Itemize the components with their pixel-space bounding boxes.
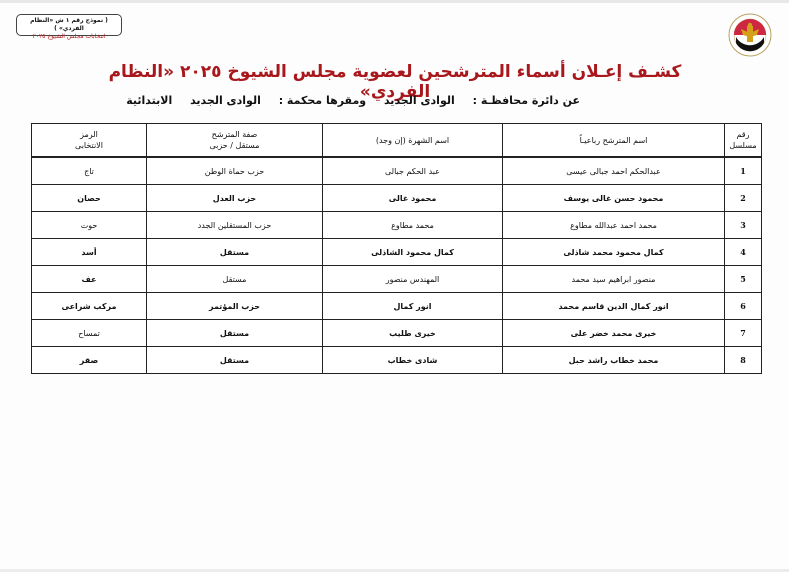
header-symbol: الرمز الانتخابى — [32, 124, 147, 158]
table-row: 4 كمال محمود محمد شاذلى كمال محمود الشاذ… — [32, 239, 762, 266]
cell-serial: 7 — [725, 320, 762, 347]
district-label: عن دائرة محافظـة : — [473, 94, 580, 107]
cell-symbol: حوت — [32, 212, 147, 239]
cell-symbol: تمساح — [32, 320, 147, 347]
cell-fame-name: محمود غالى — [323, 185, 503, 212]
cell-fame-name: كمال محمود الشاذلى — [323, 239, 503, 266]
cell-fame-name: خيرى طليب — [323, 320, 503, 347]
form-number-badge: ( نموذج رقم ١ ش «النظام الفردي» ) انتخاب… — [16, 14, 122, 36]
cell-serial: 6 — [725, 293, 762, 320]
form-badge-line2: انتخابات مجلس الشيوخ ٢٠٢٥ — [17, 33, 121, 41]
candidates-table: رقم مسلسل اسم المترشح رباعيـاً اسم الشهر… — [31, 123, 762, 374]
top-edge — [0, 0, 789, 3]
cell-fame-name: محمد مطاوع — [323, 212, 503, 239]
table-row: 6 انور كمال الدين قاسم محمد انور كمال حز… — [32, 293, 762, 320]
table-row: 3 محمد احمد عبدالله مطاوع محمد مطاوع حزب… — [32, 212, 762, 239]
court-label: ومقرها محكمة : — [279, 94, 366, 107]
cell-serial: 1 — [725, 157, 762, 185]
cell-fame-name: المهندس منصور — [323, 266, 503, 293]
table-row: 1 عبدالحكم احمد جبالى عيسى عبد الحكم جبا… — [32, 157, 762, 185]
cell-symbol: أسد — [32, 239, 147, 266]
cell-name: انور كمال الدين قاسم محمد — [503, 293, 725, 320]
table-header-row: رقم مسلسل اسم المترشح رباعيـاً اسم الشهر… — [32, 124, 762, 158]
header-name: اسم المترشح رباعيـاً — [503, 124, 725, 158]
cell-serial: 4 — [725, 239, 762, 266]
cell-symbol: مركب شراعى — [32, 293, 147, 320]
cell-name: خيرى محمد خضر على — [503, 320, 725, 347]
cell-name: عبدالحكم احمد جبالى عيسى — [503, 157, 725, 185]
court-value: الوادى الجديد — [190, 94, 261, 107]
cell-serial: 3 — [725, 212, 762, 239]
header-symbol-line2: الانتخابى — [32, 140, 146, 151]
header-symbol-line1: الرمز — [32, 129, 146, 140]
table-row: 5 منصور ابراهيم سيد محمد المهندس منصور م… — [32, 266, 762, 293]
cell-status: حزب المؤتمر — [147, 293, 323, 320]
court-type: الابتدائية — [126, 94, 172, 107]
cell-name: محمود حسن غالى يوسف — [503, 185, 725, 212]
cell-name: محمد خطاب راشد حبل — [503, 347, 725, 374]
cell-status: مستقل — [147, 320, 323, 347]
cell-serial: 2 — [725, 185, 762, 212]
header-serial: رقم مسلسل — [725, 124, 762, 158]
table-row: 8 محمد خطاب راشد حبل شادى خطاب مستقل صقر — [32, 347, 762, 374]
cell-name: كمال محمود محمد شاذلى — [503, 239, 725, 266]
cell-symbol: حصان — [32, 185, 147, 212]
cell-symbol: تاج — [32, 157, 147, 185]
cell-status: حزب العدل — [147, 185, 323, 212]
header-status: صفة المترشح مستقل / حزبى — [147, 124, 323, 158]
header-status-line2: مستقل / حزبى — [147, 140, 322, 151]
cell-serial: 8 — [725, 347, 762, 374]
cell-symbol: صقر — [32, 347, 147, 374]
district-info: عن دائرة محافظـة : الوادى الجديد ومقرها … — [200, 94, 580, 107]
district-value: الوادى الجديد — [384, 94, 455, 107]
cell-status: حزب حماة الوطن — [147, 157, 323, 185]
cell-fame-name: عبد الحكم جبالى — [323, 157, 503, 185]
table-row: 7 خيرى محمد خضر على خيرى طليب مستقل تمسا… — [32, 320, 762, 347]
form-badge-line1: ( نموذج رقم ١ ش «النظام الفردي» ) — [17, 17, 121, 33]
egypt-eagle-emblem-icon — [728, 13, 772, 57]
cell-status: مستقل — [147, 347, 323, 374]
cell-status: مستقل — [147, 239, 323, 266]
table-row: 2 محمود حسن غالى يوسف محمود غالى حزب الع… — [32, 185, 762, 212]
cell-status: حزب المستقلين الجدد — [147, 212, 323, 239]
cell-serial: 5 — [725, 266, 762, 293]
cell-status: مستقل — [147, 266, 323, 293]
header-status-line1: صفة المترشح — [147, 129, 322, 140]
cell-fame-name: شادى خطاب — [323, 347, 503, 374]
cell-fame-name: انور كمال — [323, 293, 503, 320]
cell-name: منصور ابراهيم سيد محمد — [503, 266, 725, 293]
cell-symbol: عف — [32, 266, 147, 293]
cell-name: محمد احمد عبدالله مطاوع — [503, 212, 725, 239]
header-fame-name: اسم الشهرة (إن وجد) — [323, 124, 503, 158]
